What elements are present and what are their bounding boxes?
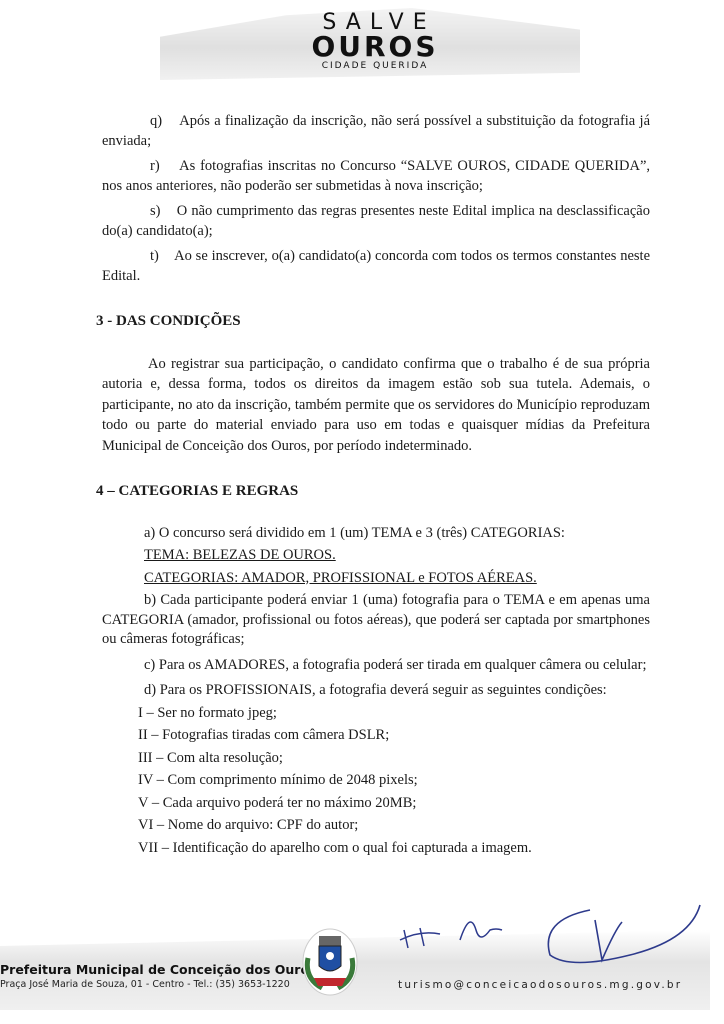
rule-c: c) Para os AMADORES, a fotografia poderá… <box>102 656 650 676</box>
condition-1: I – Ser no formato jpeg; <box>138 704 650 724</box>
condition-3: III – Com alta resolução; <box>138 749 650 769</box>
rule-b: b) Cada participante poderá enviar 1 (um… <box>102 591 650 650</box>
prefeitura-address: Praça José Maria de Souza, 01 - Centro -… <box>0 979 290 990</box>
logo-line-3: CIDADE QUERIDA <box>300 60 450 72</box>
rule-d: d) Para os PROFISSIONAIS, a fotografia d… <box>144 681 650 701</box>
signatures <box>390 900 710 980</box>
section-3-body: Ao registrar sua participação, o candida… <box>102 354 650 457</box>
professional-conditions: I – Ser no formato jpeg; II – Fotografia… <box>102 704 650 859</box>
section-4-heading: 4 – CATEGORIAS E REGRAS <box>96 482 650 502</box>
condition-2: II – Fotografias tiradas com câmera DSLR… <box>138 726 650 746</box>
condition-4: IV – Com comprimento mínimo de 2048 pixe… <box>138 771 650 791</box>
prefeitura-name: Prefeitura Municipal de Conceição dos Ou… <box>0 962 317 977</box>
footer: Prefeitura Municipal de Conceição dos Ou… <box>0 900 724 1024</box>
item-q: q) Após a finalização da inscrição, não … <box>102 112 650 151</box>
rule-a: a) O concurso será dividido em 1 (um) TE… <box>144 524 650 544</box>
coat-of-arms-icon <box>302 928 358 996</box>
categorias-line: CATEGORIAS: AMADOR, PROFISSIONAL e FOTOS… <box>144 569 650 589</box>
item-t: t) Ao se inscrever, o(a) candidato(a) co… <box>102 247 650 286</box>
document-body: q) Após a finalização da inscrição, não … <box>102 112 650 861</box>
condition-7: VII – Identificação do aparelho com o qu… <box>138 839 650 859</box>
logo-line-2: OUROS <box>300 34 450 60</box>
tema-line: TEMA: BELEZAS DE OUROS. <box>144 546 650 566</box>
condition-6: VI – Nome do arquivo: CPF do autor; <box>138 816 650 836</box>
item-s: s) O não cumprimento das regras presente… <box>102 202 650 241</box>
section-3-heading: 3 - DAS CONDIÇÕES <box>96 312 650 332</box>
condition-5: V – Cada arquivo poderá ter no máximo 20… <box>138 794 650 814</box>
item-r: r) As fotografias inscritas no Concurso … <box>102 157 650 196</box>
contact-email: turismo@conceicaodosouros.mg.gov.br <box>398 979 682 991</box>
salve-ouros-logo: SALVE OUROS CIDADE QUERIDA <box>300 12 450 72</box>
